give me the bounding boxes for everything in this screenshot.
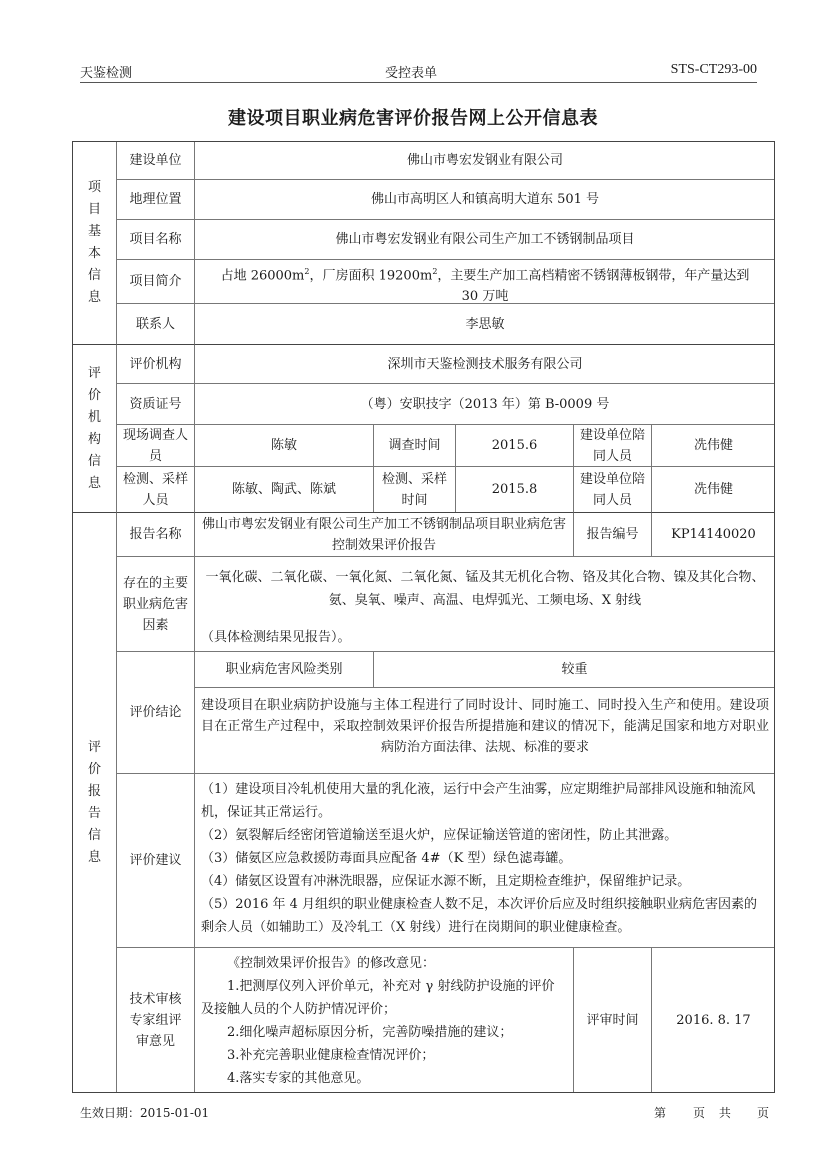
value-location: 佛山市高明区人和镇高明大道东 501 号 [194,179,775,219]
value-survey-staff: 陈敏 [194,424,373,466]
value-project-intro: 占地 26000m2，厂房面积 19200m2，主要生产加工高档精密不锈钢薄板钢… [194,259,775,303]
expert-item: 1.把测厚仪列入评价单元，补充对 γ 射线防护设施的评价及接触人员的个人防护情况… [201,975,567,1021]
label-char: 评 [88,363,101,385]
value-project-name: 佛山市粤宏发钢业有限公司生产加工不锈钢制品项目 [194,219,775,259]
section-label-eval-org: 评 价 机 构 信 息 [72,344,116,512]
header-doc-code: STS-CT293-00 [671,62,757,78]
section-label-project-basic: 项 目 基 本 信 息 [72,141,116,344]
value-report-no: KP14140020 [651,512,775,556]
label-char: 机 [88,407,101,429]
label-char: 构 [88,429,101,451]
suggestion-item: （5）2016 年 4 月组织的职业健康检查人数不足，本次评价后应及时组织接触职… [201,893,769,939]
label-contact: 联系人 [116,303,194,344]
intro-text: 占地 26000m [221,268,305,283]
value-sampling-time: 2015.8 [455,466,573,512]
page-title: 建设项目职业病危害评价报告网上公开信息表 [0,104,826,130]
header-doc-type: 受控表单 [385,62,437,81]
value-eval-org: 深圳市天鉴检测技术服务有限公司 [194,344,775,383]
label-location: 地理位置 [116,179,194,219]
label-char: 告 [88,803,101,825]
value-hazards: 一氧化碳、二氧化碳、一氧化氮、二氧化氮、锰及其无机化合物、铬及其化合物、镍及其化… [194,556,775,651]
label-char: 价 [88,759,101,781]
label-project-name: 项目名称 [116,219,194,259]
suggestion-item: （3）储氨区应急救援防毒面具应配备 4#（K 型）绿色滤毒罐。 [201,847,769,870]
hazards-note: （具体检测结果见报告）。 [201,626,769,649]
label-report-no: 报告编号 [573,512,651,556]
label-char: 评 [88,737,101,759]
label-survey-staff: 现场调查人员 [116,424,194,466]
suggestion-item: （1）建设项目冷轧机使用大量的乳化液，运行中会产生油雾，应定期维护局部排风设施和… [201,778,769,824]
label-project-intro: 项目简介 [116,259,194,303]
label-char: 目 [88,199,101,221]
label-unit: 建设单位 [116,141,194,179]
label-conclusion: 评价结论 [116,651,194,773]
label-cert: 资质证号 [116,383,194,424]
footer-page-b: 页 共 [693,1104,731,1121]
hazards-list: 一氧化碳、二氧化碳、一氧化氮、二氧化氮、锰及其无机化合物、铬及其化合物、镍及其化… [201,566,769,612]
intro-text: ，厂房面积 19200m [309,268,432,283]
label-risk-category: 职业病危害风险类别 [194,651,373,687]
value-review-time: 2016. 8. 17 [651,947,775,1093]
label-eval-org: 评价机构 [116,344,194,383]
expert-item: 2.细化噪声超标原因分析，完善防噪措施的建议； [201,1021,567,1044]
label-char: 价 [88,385,101,407]
section-label-eval-report: 评 价 报 告 信 息 [72,512,116,1093]
label-survey-time: 调查时间 [373,424,455,466]
value-suggestions: （1）建设项目冷轧机使用大量的乳化液，运行中会产生油雾，应定期维护局部排风设施和… [194,773,775,947]
label-sampling-escort: 建设单位陪同人员 [573,466,651,512]
label-char: 息 [88,473,101,495]
footer-effective-date: 生效日期：2015-01-01 [80,1104,209,1121]
intro-text: ，主要生产加工高档精密不锈钢薄板钢带，年产量达到 [437,268,749,283]
label-char: 信 [88,265,101,287]
label-review-time: 评审时间 [573,947,651,1093]
value-survey-escort: 冼伟健 [651,424,775,466]
label-char: 信 [88,825,101,847]
suggestion-item: （2）氨裂解后经密闭管道输送至退火炉，应保证输送管道的密闭性，防止其泄露。 [201,824,769,847]
label-report-name: 报告名称 [116,512,194,556]
label-expert-review: 技术审核专家组评审意见 [116,947,194,1093]
footer-page-a: 第 [654,1104,666,1121]
value-conclusion: 建设项目在职业病防护设施与主体工程进行了同时设计、同时施工、同时投入生产和使用。… [194,687,775,773]
expert-item: 3.补充完善职业健康检查情况评价； [201,1044,567,1067]
footer-page-c: 页 [757,1104,769,1121]
label-survey-escort: 建设单位陪同人员 [573,424,651,466]
label-char: 报 [88,781,101,803]
expert-item: 4.落实专家的其他意见。 [201,1067,567,1090]
value-sampling-staff: 陈敏、陶武、陈斌 [194,466,373,512]
value-cert: （粤）安职技字（2013 年）第 B-0009 号 [194,383,775,424]
header-company: 天鉴检测 [80,62,132,81]
value-contact: 李思敏 [194,303,775,344]
label-char: 息 [88,287,101,309]
value-report-name: 佛山市粤宏发钢业有限公司生产加工不锈钢制品项目职业病危害控制效果评价报告 [194,512,573,556]
label-char: 本 [88,243,101,265]
value-unit: 佛山市粤宏发钢业有限公司 [194,141,775,179]
page-header: 天鉴检测 受控表单 STS-CT293-00 [80,60,757,83]
suggestion-item: （4）储氨区设置有冲淋洗眼器，应保证水源不断，且定期检查维护，保留维护记录。 [201,870,769,893]
label-char: 基 [88,221,101,243]
value-sampling-escort: 冼伟健 [651,466,775,512]
label-suggestions: 评价建议 [116,773,194,947]
value-expert-review: 《控制效果评价报告》的修改意见： 1.把测厚仪列入评价单元，补充对 γ 射线防护… [194,947,573,1093]
label-char: 项 [88,177,101,199]
label-char: 信 [88,451,101,473]
label-sampling-staff: 检测、采样人员 [116,466,194,512]
label-char: 息 [88,847,101,869]
label-hazards: 存在的主要职业病危害因素 [116,556,194,651]
value-survey-time: 2015.6 [455,424,573,466]
expert-intro: 《控制效果评价报告》的修改意见： [201,952,567,975]
value-risk-category: 较重 [373,651,775,687]
label-sampling-time: 检测、采样时间 [373,466,455,512]
